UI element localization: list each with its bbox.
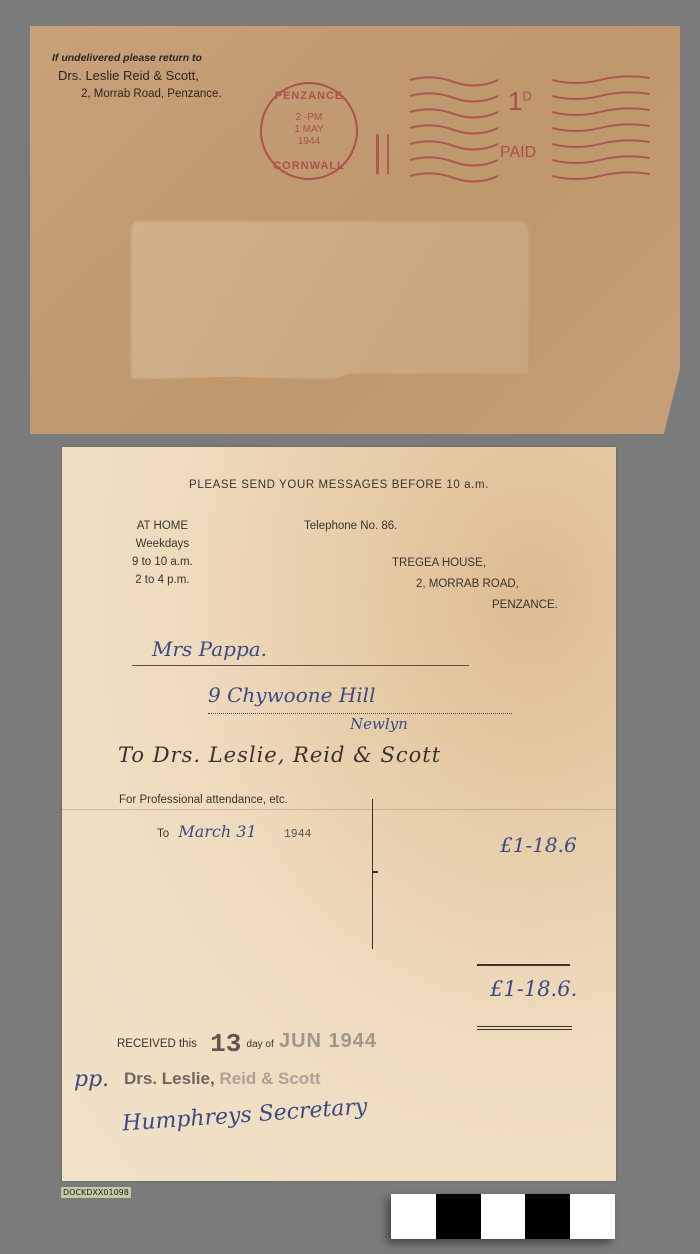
meter-postage-value: 1D (508, 86, 532, 117)
service-period: To March 31 1944 (157, 822, 311, 841)
period-year: 1944 (284, 828, 312, 841)
swatch-black (525, 1194, 570, 1239)
patient-name: Mrs Pappa. (152, 637, 267, 661)
payee-heading: To Drs. Leslie, Reid & Scott (118, 743, 441, 767)
address-dotted-rule (208, 713, 512, 714)
stamp-text-bold: Drs. Leslie, (124, 1069, 215, 1088)
at-home-title: AT HOME (132, 517, 193, 535)
return-instruction: If undelivered please return to (52, 52, 222, 64)
total-amount: £1-18.6. (490, 977, 577, 1001)
period-date: March 31 (178, 822, 256, 841)
received-date-stamp: JUN 1944 (279, 1030, 377, 1052)
practice-address: TREGEA HOUSE, 2, MORRAB ROAD, PENZANCE. (392, 553, 558, 616)
rubber-stamp-practice-name: Drs. Leslie, Reid & Scott (124, 1069, 321, 1089)
swatch-white (391, 1194, 436, 1239)
wavy-cancel-lines-right-icon (550, 74, 650, 184)
patient-street: 9 Chywoone Hill (208, 683, 375, 707)
postmark-year: 1944 (262, 136, 356, 148)
fold-crease (62, 809, 616, 810)
postmark-datetime: 2 -PM 1 MAY 1944 (262, 112, 356, 148)
envelope: If undelivered please return to Drs. Les… (30, 26, 680, 434)
document-id-label: DOCKDXX01098 (61, 1187, 131, 1198)
postmark-time: 2 -PM (262, 112, 356, 124)
name-rule (132, 665, 469, 666)
at-home-hours: AT HOME Weekdays 9 to 10 a.m. 2 to 4 p.m… (132, 517, 193, 589)
postmark-town: PENZANCE (262, 90, 356, 102)
service-label: For Professional attendance, etc. (119, 794, 288, 806)
address-line-2: 2, MORRAB ROAD, (416, 574, 558, 595)
header-notice: PLEASE SEND YOUR MESSAGES BEFORE 10 a.m. (62, 479, 616, 491)
meter-value-unit: D (522, 88, 531, 103)
address-line-1: TREGEA HOUSE, (392, 553, 558, 574)
patient-town: Newlyn (350, 715, 408, 733)
swatch-black (436, 1194, 481, 1239)
envelope-address-window (130, 220, 530, 380)
meter-paid-label: PAID (500, 144, 536, 162)
line-amount: £1-18.6 (500, 833, 577, 857)
per-procurationem-mark: pp. (74, 1067, 109, 1092)
at-home-afternoon: 2 to 4 p.m. (132, 571, 193, 589)
bracket-icon (362, 799, 373, 949)
total-rule-top (477, 964, 570, 966)
total-double-rule (477, 1026, 572, 1030)
meter-value-number: 1 (508, 86, 522, 116)
swatch-white (570, 1194, 615, 1239)
grayscale-calibration-bar (391, 1194, 615, 1239)
return-sender-name: Drs. Leslie Reid & Scott, (58, 68, 222, 83)
address-line-3: PENZANCE. (492, 595, 558, 616)
stamp-text-faded: Reid & Scott (219, 1069, 320, 1088)
handwritten-signature: Humphreys Secretary (121, 1094, 368, 1136)
invoice-document: PLEASE SEND YOUR MESSAGES BEFORE 10 a.m.… (62, 447, 616, 1181)
postmark-county: CORNWALL (262, 160, 356, 172)
wavy-cancel-lines-left-icon (408, 74, 498, 184)
swatch-white (481, 1194, 526, 1239)
meter-bars-icon (376, 134, 389, 174)
received-day-stamp: 13 (210, 1029, 241, 1059)
telephone-number: Telephone No. 86. (304, 520, 397, 532)
postmark-stamp: PENZANCE 2 -PM 1 MAY 1944 CORNWALL (260, 82, 358, 180)
postmark-date: 1 MAY (262, 124, 356, 136)
received-label: RECEIVED this (117, 1038, 197, 1050)
return-sender-address: 2, Morrab Road, Penzance. (81, 88, 222, 100)
return-address-block: If undelivered please return to Drs. Les… (52, 52, 222, 100)
period-prefix: To (157, 828, 169, 840)
received-day-of: day of (247, 1039, 274, 1050)
at-home-morning: 9 to 10 a.m. (132, 553, 193, 571)
received-line: RECEIVED this 13 day of JUN 1944 (117, 1029, 377, 1059)
at-home-days: Weekdays (132, 535, 193, 553)
